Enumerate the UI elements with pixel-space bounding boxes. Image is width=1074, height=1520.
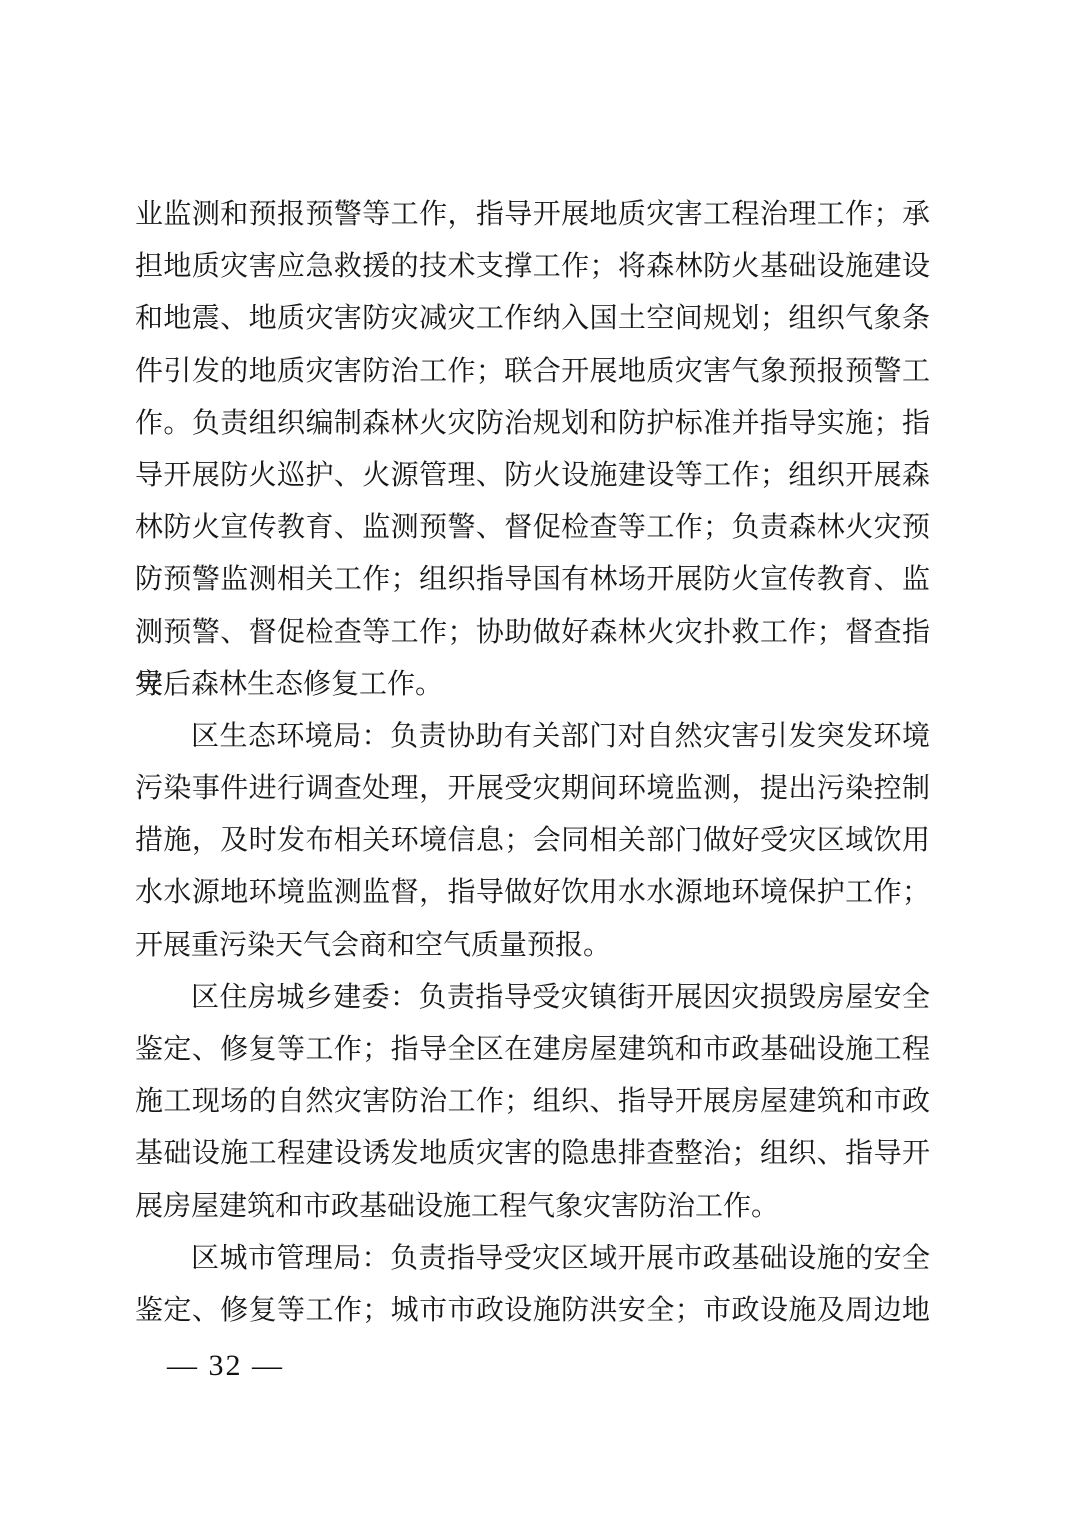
paragraph: 区城市管理局：负责指导受灾区域开展市政基础设施的安全鉴定、修复等工作；城市市政设… xyxy=(135,1233,930,1337)
text-line: 和地震、地质灾害防灾减灾工作纳入国土空间规划；组织气象条 xyxy=(135,293,930,345)
text-line: 措施，及时发布相关环境信息；会同相关部门做好受灾区域饮用 xyxy=(135,815,930,867)
text-line: 区城市管理局：负责指导受灾区域开展市政基础设施的安全 xyxy=(135,1233,930,1285)
document-page: 业监测和预报预警等工作，指导开展地质灾害工程治理工作；承担地质灾害应急救援的技术… xyxy=(0,0,1074,1520)
text-line: 灾后森林生态修复工作。 xyxy=(135,659,930,711)
text-line: 业监测和预报预警等工作，指导开展地质灾害工程治理工作；承 xyxy=(135,189,930,241)
text-line: 件引发的地质灾害防治工作；联合开展地质灾害气象预报预警工 xyxy=(135,346,930,398)
text-line: 作。负责组织编制森林火灾防治规划和防护标准并指导实施；指 xyxy=(135,398,930,450)
page-number: — 32 — xyxy=(167,1349,284,1382)
text-line: 林防火宣传教育、监测预警、督促检查等工作；负责森林火灾预 xyxy=(135,502,930,554)
page-footer: — 32 — xyxy=(167,1346,284,1386)
document-body: 业监测和预报预警等工作，指导开展地质灾害工程治理工作；承担地质灾害应急救援的技术… xyxy=(135,189,930,1337)
text-line: 担地质灾害应急救援的技术支撑工作；将森林防火基础设施建设 xyxy=(135,241,930,293)
text-line: 导开展防火巡护、火源管理、防火设施建设等工作；组织开展森 xyxy=(135,450,930,502)
text-line: 测预警、督促检查等工作；协助做好森林火灾扑救工作；督查指导 xyxy=(135,607,930,659)
text-line: 区住房城乡建委：负责指导受灾镇街开展因灾损毁房屋安全 xyxy=(135,972,930,1024)
text-line: 防预警监测相关工作；组织指导国有林场开展防火宣传教育、监 xyxy=(135,554,930,606)
text-line: 区生态环境局：负责协助有关部门对自然灾害引发突发环境 xyxy=(135,711,930,763)
text-line: 水水源地环境监测监督，指导做好饮用水水源地环境保护工作； xyxy=(135,867,930,919)
text-line: 基础设施工程建设诱发地质灾害的隐患排查整治；组织、指导开 xyxy=(135,1128,930,1180)
text-line: 污染事件进行调查处理，开展受灾期间环境监测，提出污染控制 xyxy=(135,763,930,815)
text-line: 施工现场的自然灾害防治工作；组织、指导开展房屋建筑和市政 xyxy=(135,1076,930,1128)
paragraph: 业监测和预报预警等工作，指导开展地质灾害工程治理工作；承担地质灾害应急救援的技术… xyxy=(135,189,930,711)
text-line: 鉴定、修复等工作；城市市政设施防洪安全；市政设施及周边地 xyxy=(135,1285,930,1337)
text-line: 开展重污染天气会商和空气质量预报。 xyxy=(135,920,930,972)
paragraph: 区生态环境局：负责协助有关部门对自然灾害引发突发环境污染事件进行调查处理，开展受… xyxy=(135,711,930,972)
text-line: 展房屋建筑和市政基础设施工程气象灾害防治工作。 xyxy=(135,1181,930,1233)
text-line: 鉴定、修复等工作；指导全区在建房屋建筑和市政基础设施工程 xyxy=(135,1024,930,1076)
paragraph: 区住房城乡建委：负责指导受灾镇街开展因灾损毁房屋安全鉴定、修复等工作；指导全区在… xyxy=(135,972,930,1233)
